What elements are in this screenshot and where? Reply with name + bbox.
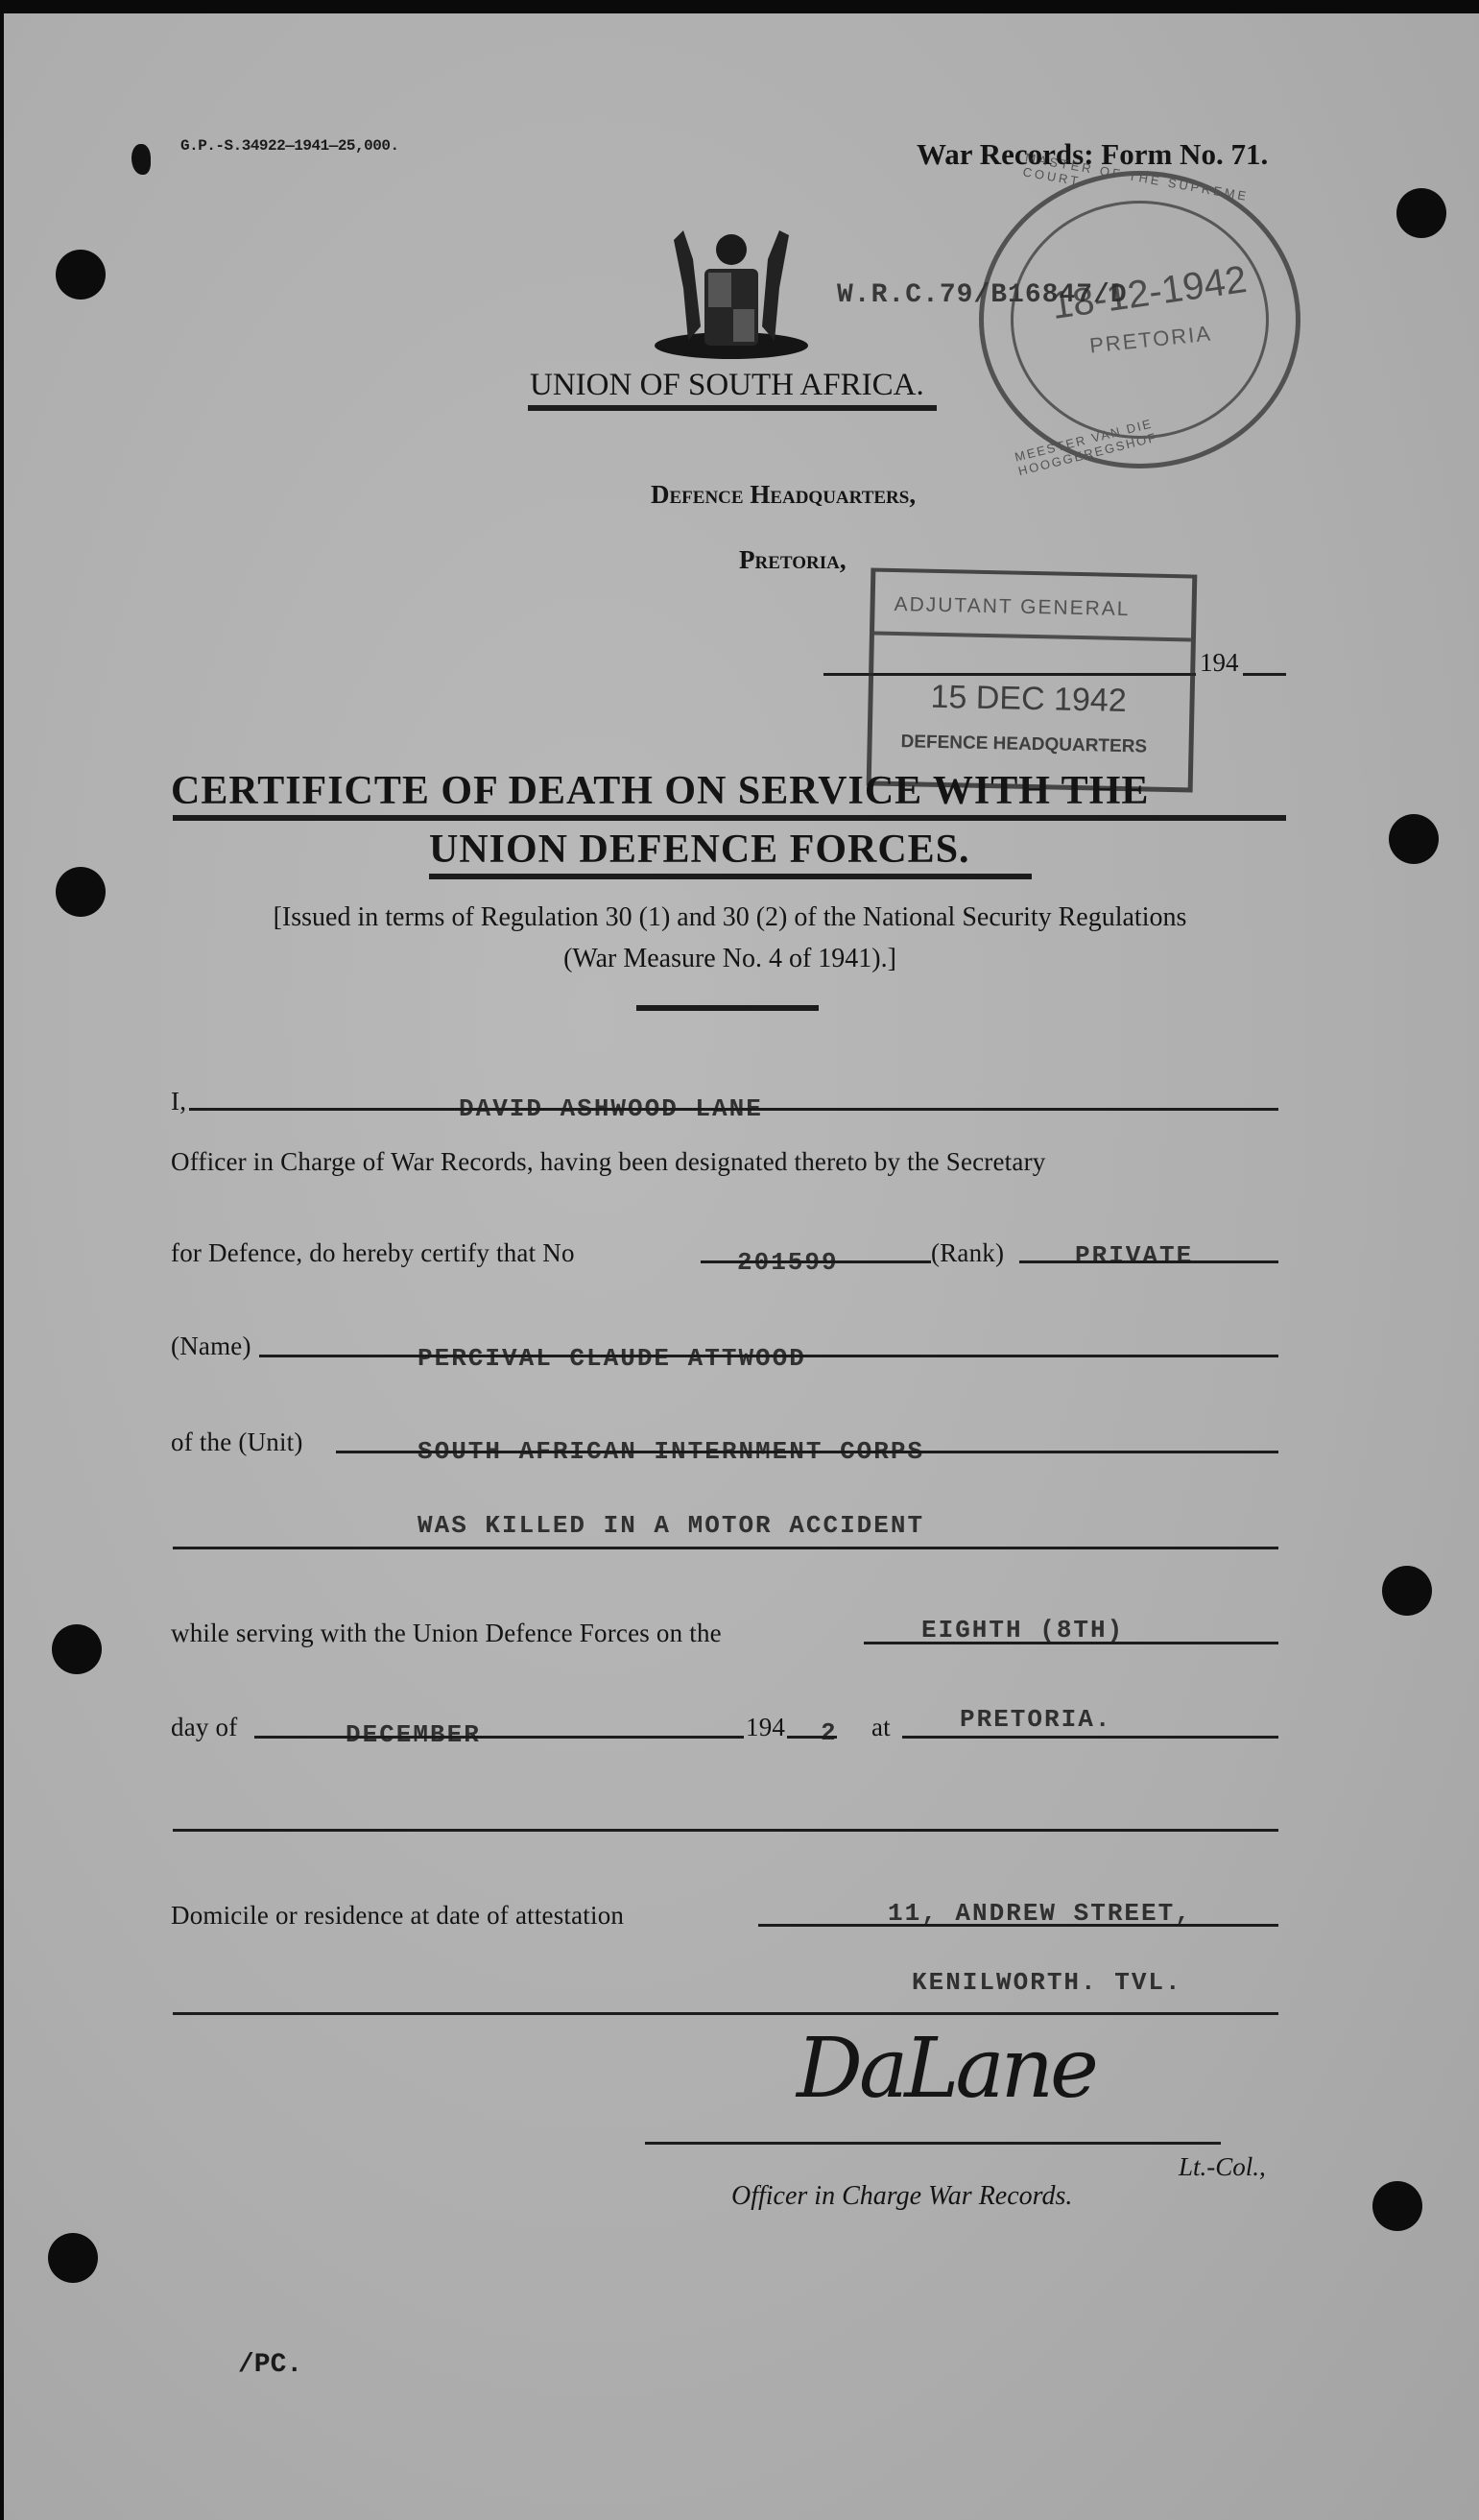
office-line-1: Defence Headquarters, <box>651 480 916 510</box>
received-stamp-title: ADJUTANT GENERAL <box>894 593 1130 621</box>
rank-label: (Rank) <box>931 1238 1004 1268</box>
punch-hole <box>1382 1566 1432 1616</box>
field-line <box>254 1736 744 1739</box>
court-stamp: 18-12-1942 PRETORIA MASTER OF THE SUPREM… <box>979 171 1300 468</box>
day-of-label: day of <box>171 1713 237 1742</box>
address-line-2-field: KENILWORTH. TVL. <box>912 1968 1182 1997</box>
address-line-1-field: 11, ANDREW STREET, <box>888 1899 1192 1928</box>
punch-hole <box>56 867 106 917</box>
certification-text-1: Officer in Charge of War Records, having… <box>171 1147 1045 1177</box>
day-field: EIGHTH (8TH) <box>921 1616 1124 1644</box>
stamp-date: 18-12-1942 <box>1049 258 1250 328</box>
field-line <box>173 2012 1278 2015</box>
received-stamp: ADJUTANT GENERAL 15 DEC 1942 DEFENCE HEA… <box>867 567 1198 792</box>
typist-reference: /PC. <box>238 2350 302 2380</box>
field-line <box>173 1829 1278 1832</box>
office-line-2: Pretoria, <box>739 545 847 575</box>
rank-field: PRIVATE <box>1075 1241 1193 1270</box>
punch-hole <box>1389 814 1439 864</box>
certificate-title-line-2: UNION DEFENCE FORCES. <box>429 827 970 873</box>
month-field: DECEMBER <box>346 1720 481 1749</box>
short-divider <box>636 1005 819 1011</box>
date-year-prefix: 194 <box>1200 648 1239 678</box>
deceased-name-field: PERCIVAL CLAUDE ATTWOOD <box>417 1344 806 1373</box>
name-label: (Name) <box>171 1332 251 1361</box>
punch-hole <box>52 1624 102 1674</box>
year-field: 2 <box>821 1718 838 1747</box>
ink-blot <box>131 144 151 175</box>
at-label: at <box>871 1713 891 1742</box>
punch-hole <box>48 2233 98 2283</box>
punch-hole <box>1396 188 1446 238</box>
signature: DaLane <box>797 2021 1095 2117</box>
coat-of-arms-icon <box>645 221 818 365</box>
print-code: G.P.-S.34922—1941—25,000. <box>180 137 399 155</box>
service-number-field: 201599 <box>737 1248 839 1277</box>
stamp-city: PRETORIA <box>1088 321 1213 358</box>
date-line-end <box>1243 673 1286 676</box>
certification-text-2: for Defence, do hereby certify that No <box>171 1238 575 1268</box>
punch-hole <box>1372 2181 1422 2231</box>
domicile-label: Domicile or residence at date of attesta… <box>171 1901 624 1931</box>
field-line <box>173 1547 1278 1549</box>
subtitle-line-1: [Issued in terms of Regulation 30 (1) an… <box>171 902 1289 933</box>
signatory-role: Officer in Charge War Records. <box>731 2181 1072 2212</box>
unit-field: SOUTH AFRICAN INTERNMENT CORPS <box>417 1437 924 1466</box>
title-underline <box>173 815 1286 821</box>
i-label: I, <box>171 1087 186 1116</box>
punch-hole <box>56 250 106 300</box>
received-stamp-footer: DEFENCE HEADQUARTERS <box>900 732 1147 757</box>
divider <box>528 405 937 411</box>
stamp-divider <box>874 632 1191 642</box>
subtitle-line-2: (War Measure No. 4 of 1941).] <box>171 944 1289 974</box>
year-prefix: 194 <box>746 1713 785 1742</box>
serving-label: while serving with the Union Defence For… <box>171 1619 722 1648</box>
place-field: PRETORIA. <box>960 1705 1111 1734</box>
field-line <box>902 1736 1278 1739</box>
received-stamp-date: 15 DEC 1942 <box>930 679 1127 720</box>
cause-of-death-field: WAS KILLED IN A MOTOR ACCIDENT <box>417 1511 924 1540</box>
unit-label: of the (Unit) <box>171 1428 303 1457</box>
officer-name-field: DAVID ASHWOOD LANE <box>459 1094 763 1123</box>
signatory-rank: Lt.-Col., <box>1179 2152 1266 2182</box>
country-heading: UNION OF SOUTH AFRICA. <box>530 368 924 403</box>
certificate-title-line-1: CERTIFICTE OF DEATH ON SERVICE WITH THE <box>171 768 1149 814</box>
signature-line <box>645 2142 1221 2145</box>
title-underline-2 <box>429 874 1032 879</box>
